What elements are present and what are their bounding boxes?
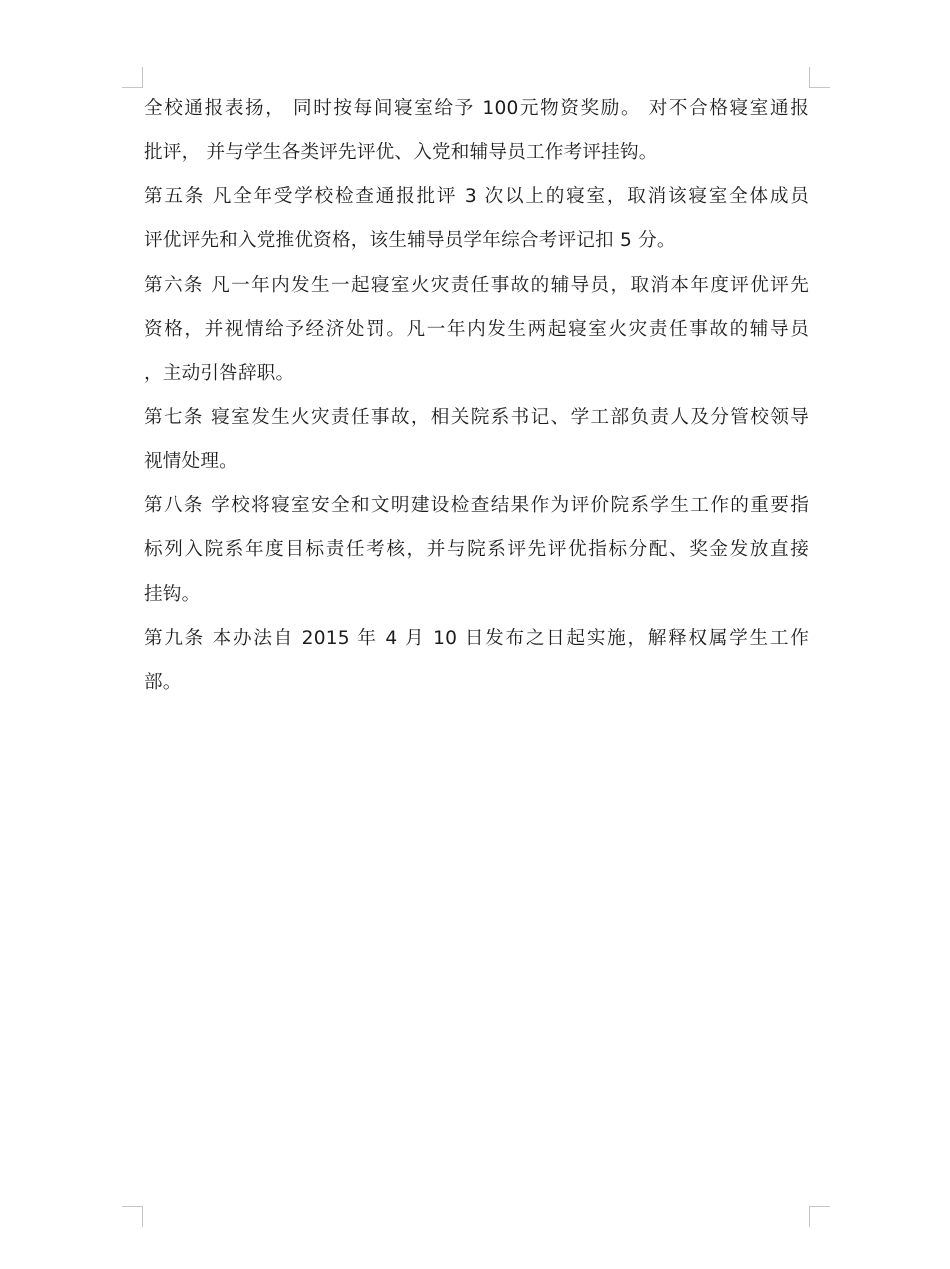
margin-corner-mark-top-right: [809, 67, 830, 88]
margin-corner-mark-top-left: [122, 67, 143, 88]
text-line-article-8-2: 标列入院系年度目标责任考核，并与院系评先评优指标分配、奖金发放直接: [144, 528, 809, 572]
text-line-article-9-2: 部。: [144, 661, 809, 705]
document-body: 全校通报表扬， 同时按每间寝室给予 100元物资奖励。 对不合格寝室通报 批评，…: [144, 87, 809, 705]
text-line-article-5-2: 评优评先和入党推优资格，该生辅导员学年综合考评记扣 5 分。: [144, 219, 809, 263]
text-line-continuation-2: 批评， 并与学生各类评先评优、入党和辅导员工作考评挂钩。: [144, 131, 809, 175]
text-line-article-8-3: 挂钩。: [144, 573, 809, 617]
text-line-article-6-3: ，主动引咎辞职。: [144, 352, 809, 396]
text-line-continuation-1: 全校通报表扬， 同时按每间寝室给予 100元物资奖励。 对不合格寝室通报: [144, 87, 809, 131]
margin-corner-mark-bottom-right: [809, 1206, 830, 1227]
text-line-article-9-1: 第九条 本办法自 2015 年 4 月 10 日发布之日起实施，解释权属学生工作: [144, 617, 809, 661]
text-line-article-6-2: 资格，并视情给予经济处罚。凡一年内发生两起寝室火灾责任事故的辅导员: [144, 308, 809, 352]
text-line-article-7-2: 视情处理。: [144, 440, 809, 484]
text-line-article-5-1: 第五条 凡全年受学校检查通报批评 3 次以上的寝室，取消该寝室全体成员: [144, 175, 809, 219]
text-line-article-8-1: 第八条 学校将寝室安全和文明建设检查结果作为评价院系学生工作的重要指: [144, 484, 809, 528]
margin-corner-mark-bottom-left: [122, 1206, 143, 1227]
document-page: 全校通报表扬， 同时按每间寝室给予 100元物资奖励。 对不合格寝室通报 批评，…: [0, 0, 950, 1269]
text-line-article-6-1: 第六条 凡一年内发生一起寝室火灾责任事故的辅导员，取消本年度评优评先: [144, 264, 809, 308]
text-line-article-7-1: 第七条 寝室发生火灾责任事故，相关院系书记、学工部负责人及分管校领导: [144, 396, 809, 440]
